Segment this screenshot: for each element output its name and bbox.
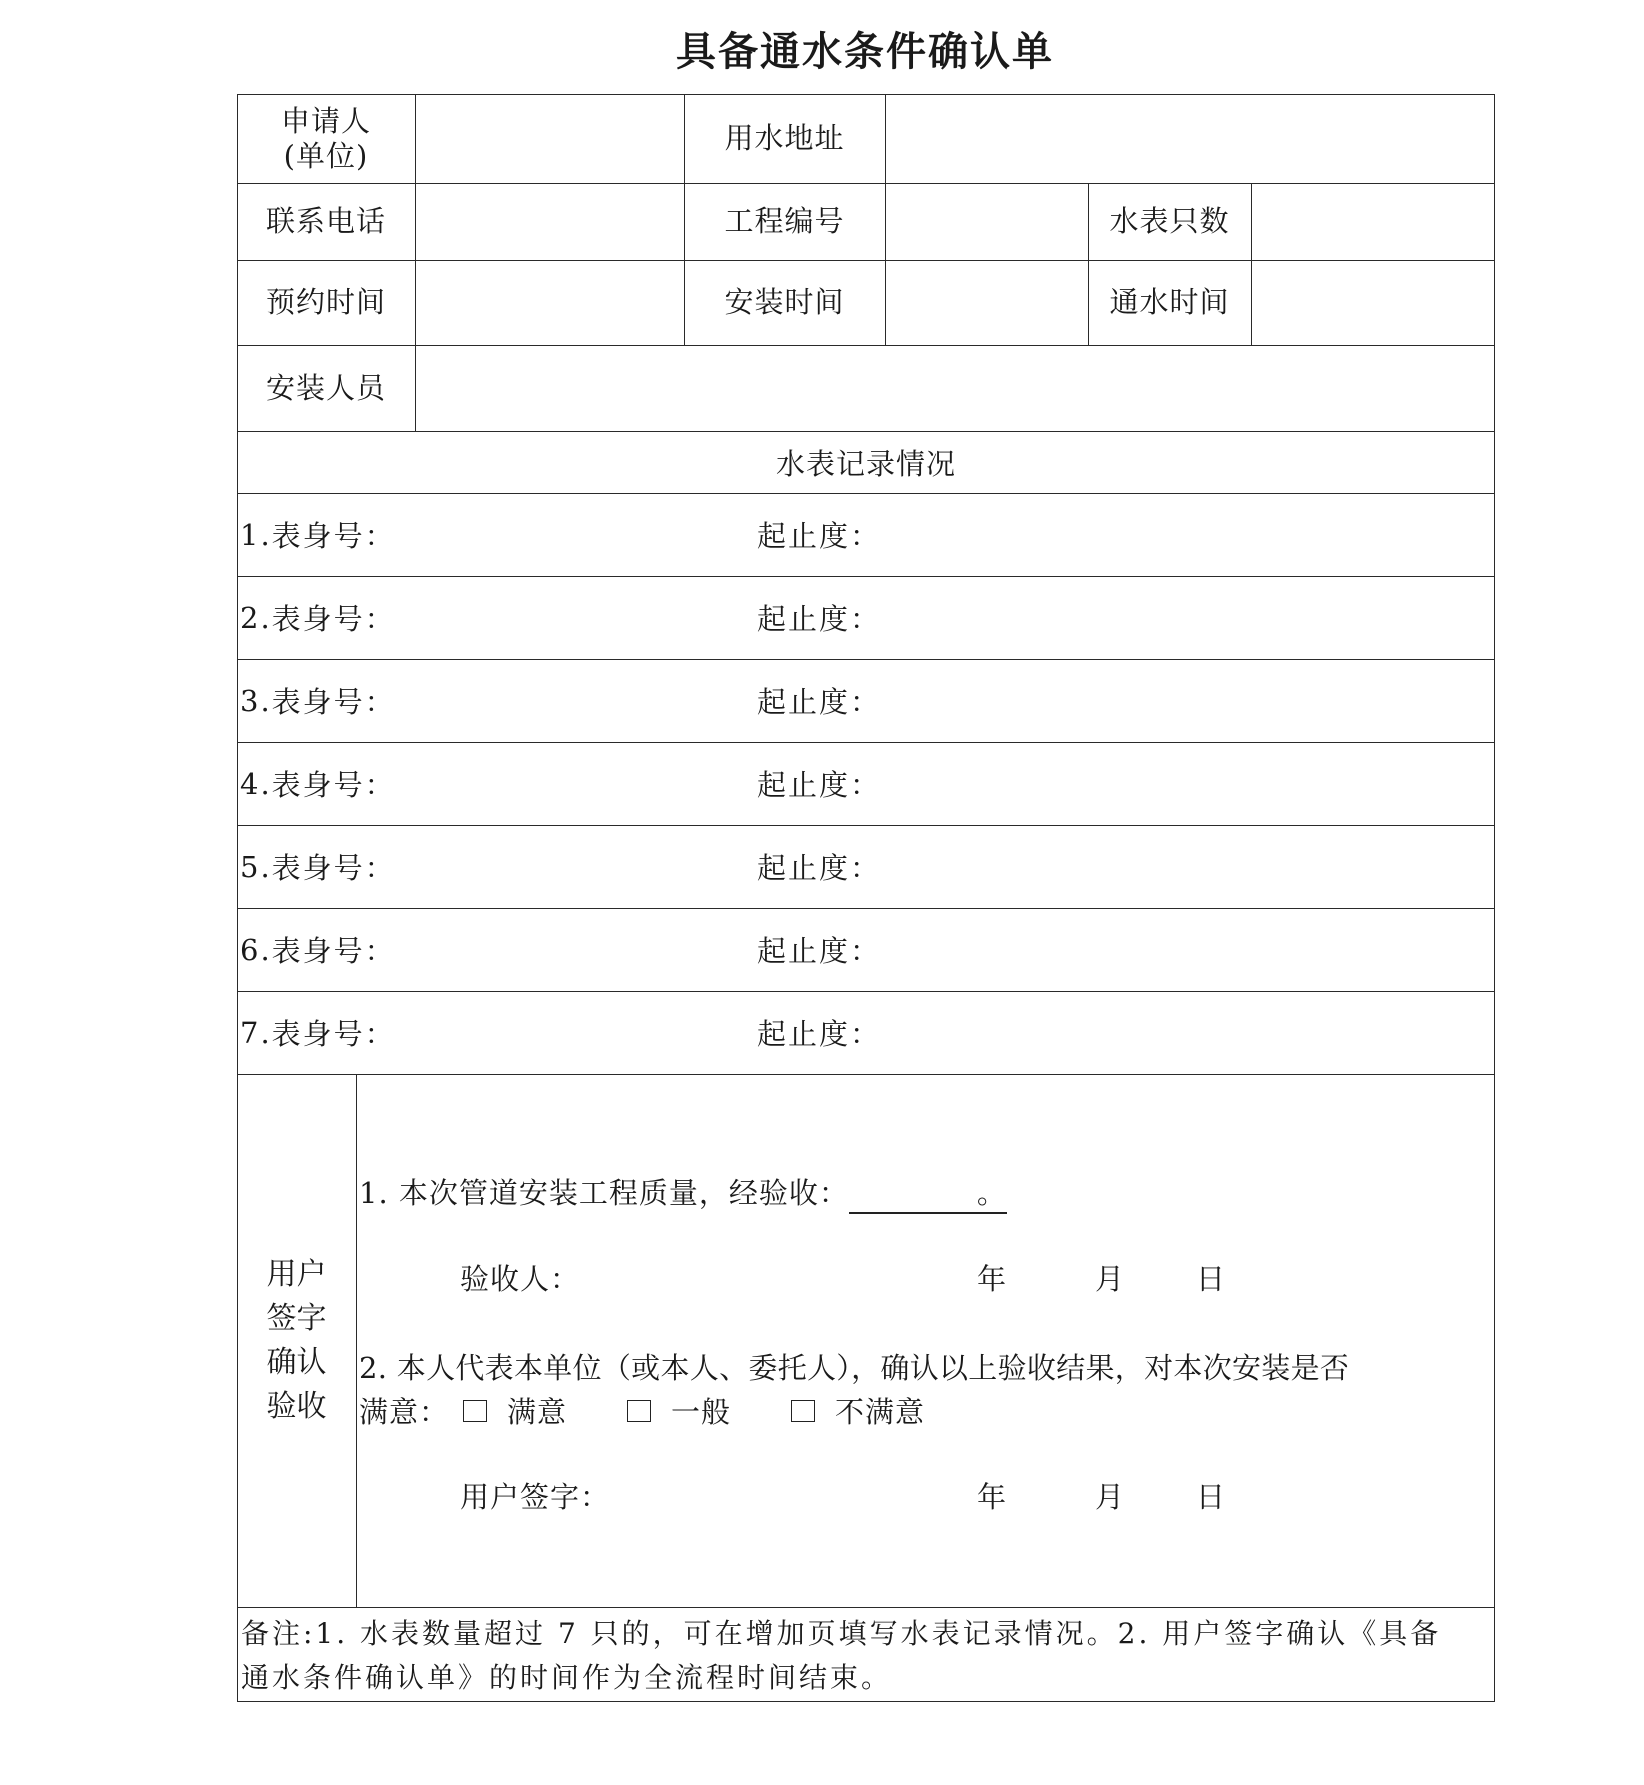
meter-reading-input[interactable] — [917, 677, 1477, 725]
installer-label: 安装人员 — [237, 345, 415, 431]
remarks-line-2: 通水条件确认单》的时间作为全流程时间结束。 — [241, 1656, 1486, 1700]
acceptance-quality-text: 1. 本次管道安装工程质量，经验收 — [359, 1176, 819, 1210]
inspector-date-month: 月 — [1095, 1257, 1124, 1298]
applicant-input[interactable] — [417, 96, 683, 182]
user-date-day: 日 — [1196, 1475, 1225, 1516]
meter-count-input[interactable] — [1253, 185, 1493, 259]
period-mark: 。 — [977, 1171, 1007, 1214]
meter-serial-input[interactable] — [397, 594, 737, 642]
meter-reading-input[interactable] — [917, 1009, 1477, 1057]
meter-count-label: 水表只数 — [1088, 183, 1251, 260]
satisfaction-label: 满意： — [359, 1390, 449, 1431]
checkbox-box-icon[interactable] — [463, 1400, 487, 1422]
meter-row-3: 3.表身号： 起止度： — [237, 659, 1495, 742]
row-divider — [237, 345, 1495, 346]
meter-serial-input[interactable] — [397, 926, 737, 974]
install-time-input[interactable] — [887, 262, 1087, 344]
meter-reading-label: 起止度： — [757, 742, 881, 825]
inspector-date-day: 日 — [1196, 1257, 1225, 1298]
table-border-bottom — [237, 1701, 1495, 1702]
sig-label-line: 确认 — [265, 1341, 329, 1385]
applicant-label-line2: (单位) — [284, 139, 369, 174]
meter-row-7: 7.表身号： 起止度： — [237, 991, 1495, 1074]
meter-row-6: 6.表身号： 起止度： — [237, 908, 1495, 991]
water-address-input[interactable] — [887, 96, 1493, 182]
project-number-label: 工程编号 — [684, 183, 885, 260]
meter-section-title: 水表记录情况 — [237, 431, 1495, 493]
meter-serial-label: 2.表身号： — [240, 576, 396, 659]
meter-reading-input[interactable] — [917, 843, 1477, 891]
meter-serial-label: 1.表身号： — [240, 493, 396, 576]
meter-reading-input[interactable] — [917, 511, 1477, 559]
checkbox-box-icon[interactable] — [791, 1400, 815, 1422]
meter-reading-label: 起止度： — [757, 493, 881, 576]
meter-serial-input[interactable] — [397, 677, 737, 725]
meter-serial-input[interactable] — [397, 760, 737, 808]
meter-serial-input[interactable] — [397, 1009, 737, 1057]
meter-serial-input[interactable] — [397, 511, 737, 559]
user-signature-section-label: 用户 签字 确认 验收 — [237, 1074, 356, 1607]
water-on-time-label: 通水时间 — [1088, 260, 1251, 345]
average-label: 一般 — [671, 1390, 731, 1431]
inspector-label: 验收人： — [460, 1257, 580, 1298]
user-date-year: 年 — [977, 1475, 1006, 1516]
col-divider — [1251, 183, 1252, 345]
user-signature-label: 用户签字： — [460, 1475, 610, 1516]
meter-reading-label: 起止度： — [757, 825, 881, 908]
applicant-label-line1: 申请人 — [281, 104, 371, 139]
appointment-time-label: 预约时间 — [237, 260, 415, 345]
meter-serial-label: 4.表身号： — [240, 742, 396, 825]
project-number-input[interactable] — [887, 185, 1087, 259]
satisfied-label: 满意 — [507, 1390, 567, 1431]
sig-label-line: 用户 — [265, 1253, 329, 1297]
contact-phone-label: 联系电话 — [237, 183, 415, 260]
unsatisfied-checkbox[interactable]: 不满意 — [777, 1390, 925, 1431]
meter-serial-label: 3.表身号： — [240, 659, 396, 742]
contact-phone-input[interactable] — [417, 185, 683, 259]
meter-serial-label: 5.表身号： — [240, 825, 396, 908]
inspector-signature-input[interactable] — [580, 1254, 940, 1296]
meter-serial-input[interactable] — [397, 843, 737, 891]
row-divider — [237, 1074, 1495, 1075]
water-address-label: 用水地址 — [684, 94, 885, 183]
remarks: 备注:1. 水表数量超过 7 只的，可在增加页填写水表记录情况。2. 用户签字确… — [241, 1612, 1486, 1700]
meter-row-1: 1.表身号： 起止度： — [237, 493, 1495, 576]
checkbox-box-icon[interactable] — [627, 1400, 651, 1422]
meter-reading-input[interactable] — [917, 760, 1477, 808]
acceptance-result-input[interactable] — [849, 1182, 977, 1214]
acceptance-quality-statement: 1. 本次管道安装工程质量，经验收：。 — [359, 1171, 1007, 1214]
appointment-time-input[interactable] — [417, 262, 683, 344]
meter-reading-input[interactable] — [917, 926, 1477, 974]
install-time-label: 安装时间 — [684, 260, 885, 345]
user-signature-input[interactable] — [610, 1472, 940, 1514]
meter-reading-label: 起止度： — [757, 908, 881, 991]
col-divider — [415, 94, 416, 431]
meter-reading-input[interactable] — [917, 594, 1477, 642]
meter-serial-label: 6.表身号： — [240, 908, 396, 991]
meter-reading-label: 起止度： — [757, 576, 881, 659]
meter-row-5: 5.表身号： 起止度： — [237, 825, 1495, 908]
applicant-label: 申请人 (单位) — [237, 94, 415, 183]
remarks-line-1: 备注:1. 水表数量超过 7 只的，可在增加页填写水表记录情况。2. 用户签字确… — [241, 1612, 1486, 1656]
meter-row-4: 4.表身号： 起止度： — [237, 742, 1495, 825]
satisfied-checkbox[interactable]: 满意 — [449, 1390, 567, 1431]
water-on-time-input[interactable] — [1253, 262, 1493, 344]
inspector-date-year: 年 — [977, 1257, 1006, 1298]
user-date-month: 月 — [1095, 1475, 1124, 1516]
row-divider — [237, 1607, 1495, 1608]
meter-reading-label: 起止度： — [757, 991, 881, 1074]
document-title: 具备通水条件确认单 — [0, 20, 1644, 77]
installer-input[interactable] — [417, 347, 1493, 430]
satisfaction-row: 满意： 满意 一般 不满意 — [359, 1390, 971, 1431]
sig-label-line: 签字 — [265, 1297, 329, 1341]
col-divider — [356, 1074, 357, 1607]
confirmation-statement: 2. 本人代表本单位（或本人、委托人），确认以上验收结果，对本次安装是否 — [359, 1346, 1349, 1387]
unsatisfied-label: 不满意 — [835, 1390, 925, 1431]
col-divider — [885, 94, 886, 345]
average-checkbox[interactable]: 一般 — [613, 1390, 731, 1431]
sig-label-line: 验收 — [265, 1385, 329, 1429]
meter-serial-label: 7.表身号： — [240, 991, 396, 1074]
meter-row-2: 2.表身号： 起止度： — [237, 576, 1495, 659]
meter-reading-label: 起止度： — [757, 659, 881, 742]
